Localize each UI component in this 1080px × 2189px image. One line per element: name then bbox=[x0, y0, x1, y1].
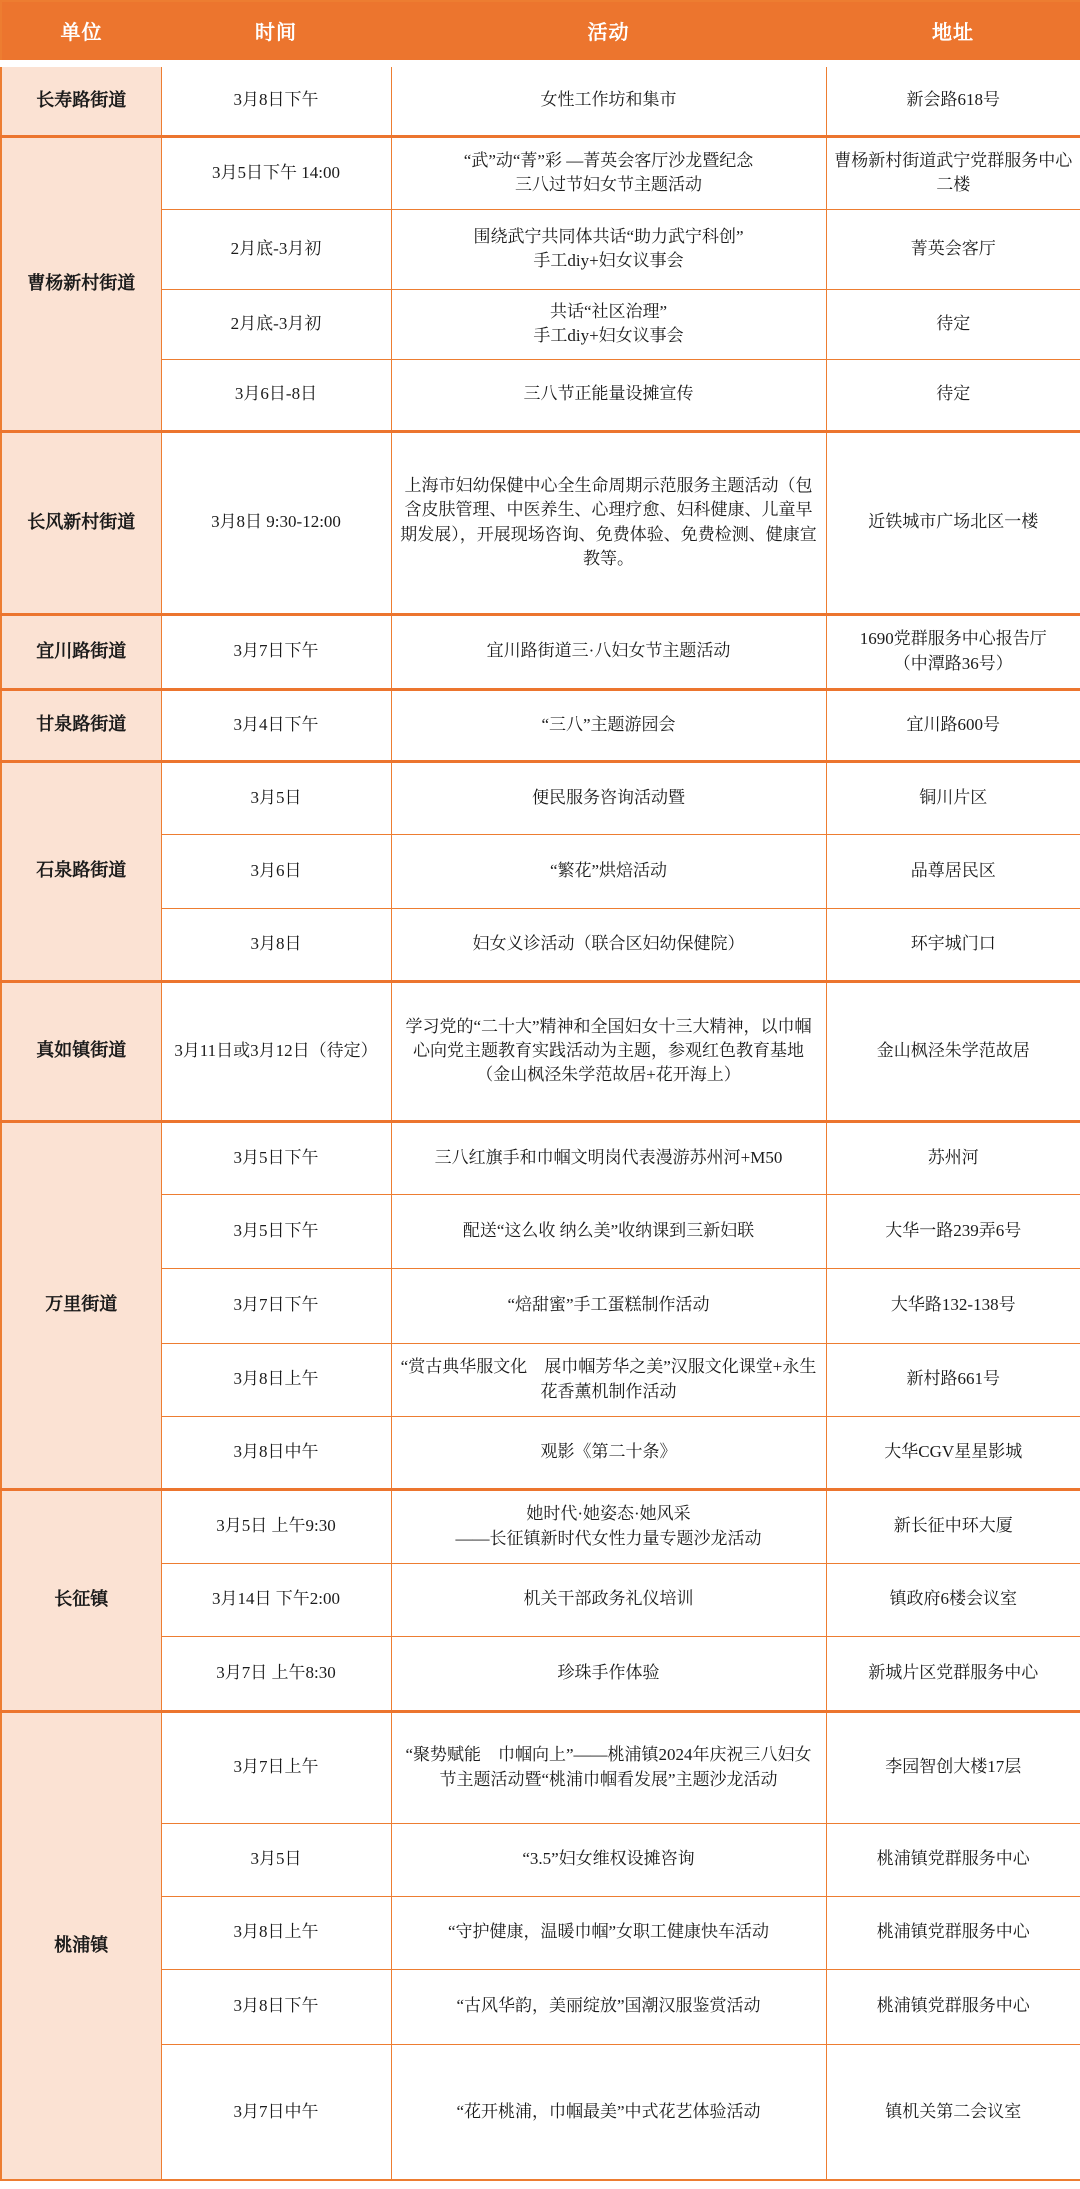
table-header: 单位时间活动地址 bbox=[1, 1, 1080, 63]
address-cell: 铜川片区 bbox=[826, 761, 1080, 834]
activity-cell: 机关干部政务礼仪培训 bbox=[391, 1563, 826, 1636]
unit-cell: 甘泉路街道 bbox=[1, 689, 161, 761]
address-cell: 曹杨新村街道武宁党群服务中心二楼 bbox=[826, 136, 1080, 209]
activity-cell: “赏古典华服文化 展巾帼芳华之美”汉服文化课堂+永生花香薰机制作活动 bbox=[391, 1343, 826, 1416]
activity-cell: 上海市妇幼保健中心全生命周期示范服务主题活动（包含皮肤管理、中医养生、心理疗愈、… bbox=[391, 431, 826, 614]
table-row: 宜川路街道3月7日下午宜川路街道三·八妇女节主题活动1690党群服务中心报告厅 … bbox=[1, 614, 1080, 689]
activity-cell: 学习党的“二十大”精神和全国妇女十三大精神，以巾帼心向党主题教育实践活动为主题，… bbox=[391, 981, 826, 1121]
address-cell: 新长征中环大厦 bbox=[826, 1489, 1080, 1563]
address-cell: 大华一路239弄6号 bbox=[826, 1194, 1080, 1268]
activity-cell: 共话“社区治理” 手工diy+妇女议事会 bbox=[391, 289, 826, 359]
table-row: 3月8日上午“守护健康，温暖巾帼”女职工健康快车活动桃浦镇党群服务中心 bbox=[1, 1896, 1080, 1969]
table-header-row: 单位时间活动地址 bbox=[1, 1, 1080, 63]
address-cell: 桃浦镇党群服务中心 bbox=[826, 1969, 1080, 2044]
address-cell: 待定 bbox=[826, 289, 1080, 359]
table-row: 3月6日“繁花”烘焙活动品尊居民区 bbox=[1, 834, 1080, 908]
time-cell: 3月7日下午 bbox=[161, 614, 391, 689]
unit-cell: 长风新村街道 bbox=[1, 431, 161, 614]
address-cell: 宜川路600号 bbox=[826, 689, 1080, 761]
table-row: 3月7日 上午8:30珍珠手作体验新城片区党群服务中心 bbox=[1, 1636, 1080, 1711]
address-cell: 近铁城市广场北区一楼 bbox=[826, 431, 1080, 614]
table-row: 真如镇街道3月11日或3月12日（待定）学习党的“二十大”精神和全国妇女十三大精… bbox=[1, 981, 1080, 1121]
table-row: 甘泉路街道3月4日下午“三八”主题游园会宜川路600号 bbox=[1, 689, 1080, 761]
activity-cell: 珍珠手作体验 bbox=[391, 1636, 826, 1711]
activity-cell: 观影《第二十条》 bbox=[391, 1416, 826, 1489]
activity-cell: 三八红旗手和巾帼文明岗代表漫游苏州河+M50 bbox=[391, 1121, 826, 1194]
unit-cell: 万里街道 bbox=[1, 1121, 161, 1489]
activity-cell: “三八”主题游园会 bbox=[391, 689, 826, 761]
activity-cell: 女性工作坊和集市 bbox=[391, 63, 826, 136]
time-cell: 3月7日上午 bbox=[161, 1711, 391, 1823]
table-row: 3月7日下午“焙甜蜜”手工蛋糕制作活动大华路132-138号 bbox=[1, 1268, 1080, 1343]
address-cell: 金山枫泾朱学范故居 bbox=[826, 981, 1080, 1121]
address-cell: 新会路618号 bbox=[826, 63, 1080, 136]
table-body: 长寿路街道3月8日下午女性工作坊和集市新会路618号曹杨新村街道3月5日下午 1… bbox=[1, 63, 1080, 2180]
address-cell: 菁英会客厅 bbox=[826, 209, 1080, 289]
time-cell: 3月11日或3月12日（待定） bbox=[161, 981, 391, 1121]
activity-cell: “聚势赋能 巾帼向上”——桃浦镇2024年庆祝三八妇女节主题活动暨“桃浦巾帼看发… bbox=[391, 1711, 826, 1823]
activity-cell: 三八节正能量设摊宣传 bbox=[391, 359, 826, 431]
address-cell: 环宇城门口 bbox=[826, 908, 1080, 981]
time-cell: 3月6日-8日 bbox=[161, 359, 391, 431]
time-cell: 3月8日中午 bbox=[161, 1416, 391, 1489]
address-cell: 苏州河 bbox=[826, 1121, 1080, 1194]
table-row: 2月底-3月初共话“社区治理” 手工diy+妇女议事会待定 bbox=[1, 289, 1080, 359]
table-row: 长征镇3月5日 上午9:30她时代·她姿态·她风采 ——长征镇新时代女性力量专题… bbox=[1, 1489, 1080, 1563]
address-cell: 待定 bbox=[826, 359, 1080, 431]
time-cell: 3月14日 下午2:00 bbox=[161, 1563, 391, 1636]
activity-cell: “焙甜蜜”手工蛋糕制作活动 bbox=[391, 1268, 826, 1343]
time-cell: 3月5日下午 bbox=[161, 1194, 391, 1268]
time-cell: 3月5日 上午9:30 bbox=[161, 1489, 391, 1563]
address-cell: 新村路661号 bbox=[826, 1343, 1080, 1416]
time-cell: 3月5日 bbox=[161, 761, 391, 834]
table-row: 3月8日中午观影《第二十条》大华CGV星星影城 bbox=[1, 1416, 1080, 1489]
address-cell: 1690党群服务中心报告厅 （中潭路36号） bbox=[826, 614, 1080, 689]
table-row: 长寿路街道3月8日下午女性工作坊和集市新会路618号 bbox=[1, 63, 1080, 136]
time-cell: 3月6日 bbox=[161, 834, 391, 908]
table-row: 3月5日下午配送“这么收 纳么美”收纳课到三新妇联大华一路239弄6号 bbox=[1, 1194, 1080, 1268]
activity-cell: “3.5”妇女维权设摊咨询 bbox=[391, 1823, 826, 1896]
time-cell: 3月5日下午 bbox=[161, 1121, 391, 1194]
time-cell: 3月8日上午 bbox=[161, 1343, 391, 1416]
table-row: 3月8日下午“古风华韵，美丽绽放”国潮汉服鉴赏活动桃浦镇党群服务中心 bbox=[1, 1969, 1080, 2044]
table-row: 3月6日-8日三八节正能量设摊宣传待定 bbox=[1, 359, 1080, 431]
activity-cell: 妇女义诊活动（联合区妇幼保健院） bbox=[391, 908, 826, 981]
activity-schedule-table: 单位时间活动地址 长寿路街道3月8日下午女性工作坊和集市新会路618号曹杨新村街… bbox=[0, 0, 1080, 2181]
activity-cell: “武”动“菁”彩 —菁英会客厅沙龙暨纪念 三八过节妇女节主题活动 bbox=[391, 136, 826, 209]
header-cell-time: 时间 bbox=[161, 1, 391, 63]
address-cell: 大华CGV星星影城 bbox=[826, 1416, 1080, 1489]
table-row: 万里街道3月5日下午三八红旗手和巾帼文明岗代表漫游苏州河+M50苏州河 bbox=[1, 1121, 1080, 1194]
address-cell: 桃浦镇党群服务中心 bbox=[826, 1823, 1080, 1896]
table-row: 3月5日“3.5”妇女维权设摊咨询桃浦镇党群服务中心 bbox=[1, 1823, 1080, 1896]
time-cell: 3月8日 9:30-12:00 bbox=[161, 431, 391, 614]
address-cell: 镇机关第二会议室 bbox=[826, 2044, 1080, 2180]
time-cell: 3月8日上午 bbox=[161, 1896, 391, 1969]
table-row: 3月7日中午“花开桃浦，巾帼最美”中式花艺体验活动镇机关第二会议室 bbox=[1, 2044, 1080, 2180]
time-cell: 3月5日下午 14:00 bbox=[161, 136, 391, 209]
unit-cell: 长寿路街道 bbox=[1, 63, 161, 136]
time-cell: 3月5日 bbox=[161, 1823, 391, 1896]
activity-cell: 宜川路街道三·八妇女节主题活动 bbox=[391, 614, 826, 689]
time-cell: 2月底-3月初 bbox=[161, 289, 391, 359]
time-cell: 3月8日下午 bbox=[161, 1969, 391, 2044]
activity-cell: “古风华韵，美丽绽放”国潮汉服鉴赏活动 bbox=[391, 1969, 826, 2044]
unit-cell: 桃浦镇 bbox=[1, 1711, 161, 2180]
table-row: 2月底-3月初围绕武宁共同体共话“助力武宁科创” 手工diy+妇女议事会菁英会客… bbox=[1, 209, 1080, 289]
time-cell: 3月7日下午 bbox=[161, 1268, 391, 1343]
address-cell: 品尊居民区 bbox=[826, 834, 1080, 908]
time-cell: 3月8日下午 bbox=[161, 63, 391, 136]
time-cell: 2月底-3月初 bbox=[161, 209, 391, 289]
activity-cell: 便民服务咨询活动暨 bbox=[391, 761, 826, 834]
header-cell-address: 地址 bbox=[826, 1, 1080, 63]
activity-cell: 配送“这么收 纳么美”收纳课到三新妇联 bbox=[391, 1194, 826, 1268]
activity-cell: “花开桃浦，巾帼最美”中式花艺体验活动 bbox=[391, 2044, 826, 2180]
time-cell: 3月8日 bbox=[161, 908, 391, 981]
unit-cell: 石泉路街道 bbox=[1, 761, 161, 981]
activity-cell: 围绕武宁共同体共话“助力武宁科创” 手工diy+妇女议事会 bbox=[391, 209, 826, 289]
address-cell: 李园智创大楼17层 bbox=[826, 1711, 1080, 1823]
table-row: 长风新村街道3月8日 9:30-12:00上海市妇幼保健中心全生命周期示范服务主… bbox=[1, 431, 1080, 614]
unit-cell: 真如镇街道 bbox=[1, 981, 161, 1121]
unit-cell: 长征镇 bbox=[1, 1489, 161, 1711]
table-row: 石泉路街道3月5日便民服务咨询活动暨铜川片区 bbox=[1, 761, 1080, 834]
address-cell: 新城片区党群服务中心 bbox=[826, 1636, 1080, 1711]
time-cell: 3月7日 上午8:30 bbox=[161, 1636, 391, 1711]
table-row: 3月8日妇女义诊活动（联合区妇幼保健院）环宇城门口 bbox=[1, 908, 1080, 981]
address-cell: 大华路132-138号 bbox=[826, 1268, 1080, 1343]
table-row: 3月14日 下午2:00机关干部政务礼仪培训镇政府6楼会议室 bbox=[1, 1563, 1080, 1636]
address-cell: 桃浦镇党群服务中心 bbox=[826, 1896, 1080, 1969]
table-row: 桃浦镇3月7日上午“聚势赋能 巾帼向上”——桃浦镇2024年庆祝三八妇女节主题活… bbox=[1, 1711, 1080, 1823]
unit-cell: 曹杨新村街道 bbox=[1, 136, 161, 431]
header-cell-unit: 单位 bbox=[1, 1, 161, 63]
activity-cell: “繁花”烘焙活动 bbox=[391, 834, 826, 908]
activity-cell: “守护健康，温暖巾帼”女职工健康快车活动 bbox=[391, 1896, 826, 1969]
table-row: 3月8日上午“赏古典华服文化 展巾帼芳华之美”汉服文化课堂+永生花香薰机制作活动… bbox=[1, 1343, 1080, 1416]
time-cell: 3月7日中午 bbox=[161, 2044, 391, 2180]
unit-cell: 宜川路街道 bbox=[1, 614, 161, 689]
table-row: 曹杨新村街道3月5日下午 14:00“武”动“菁”彩 —菁英会客厅沙龙暨纪念 三… bbox=[1, 136, 1080, 209]
address-cell: 镇政府6楼会议室 bbox=[826, 1563, 1080, 1636]
header-cell-activity: 活动 bbox=[391, 1, 826, 63]
activity-cell: 她时代·她姿态·她风采 ——长征镇新时代女性力量专题沙龙活动 bbox=[391, 1489, 826, 1563]
time-cell: 3月4日下午 bbox=[161, 689, 391, 761]
